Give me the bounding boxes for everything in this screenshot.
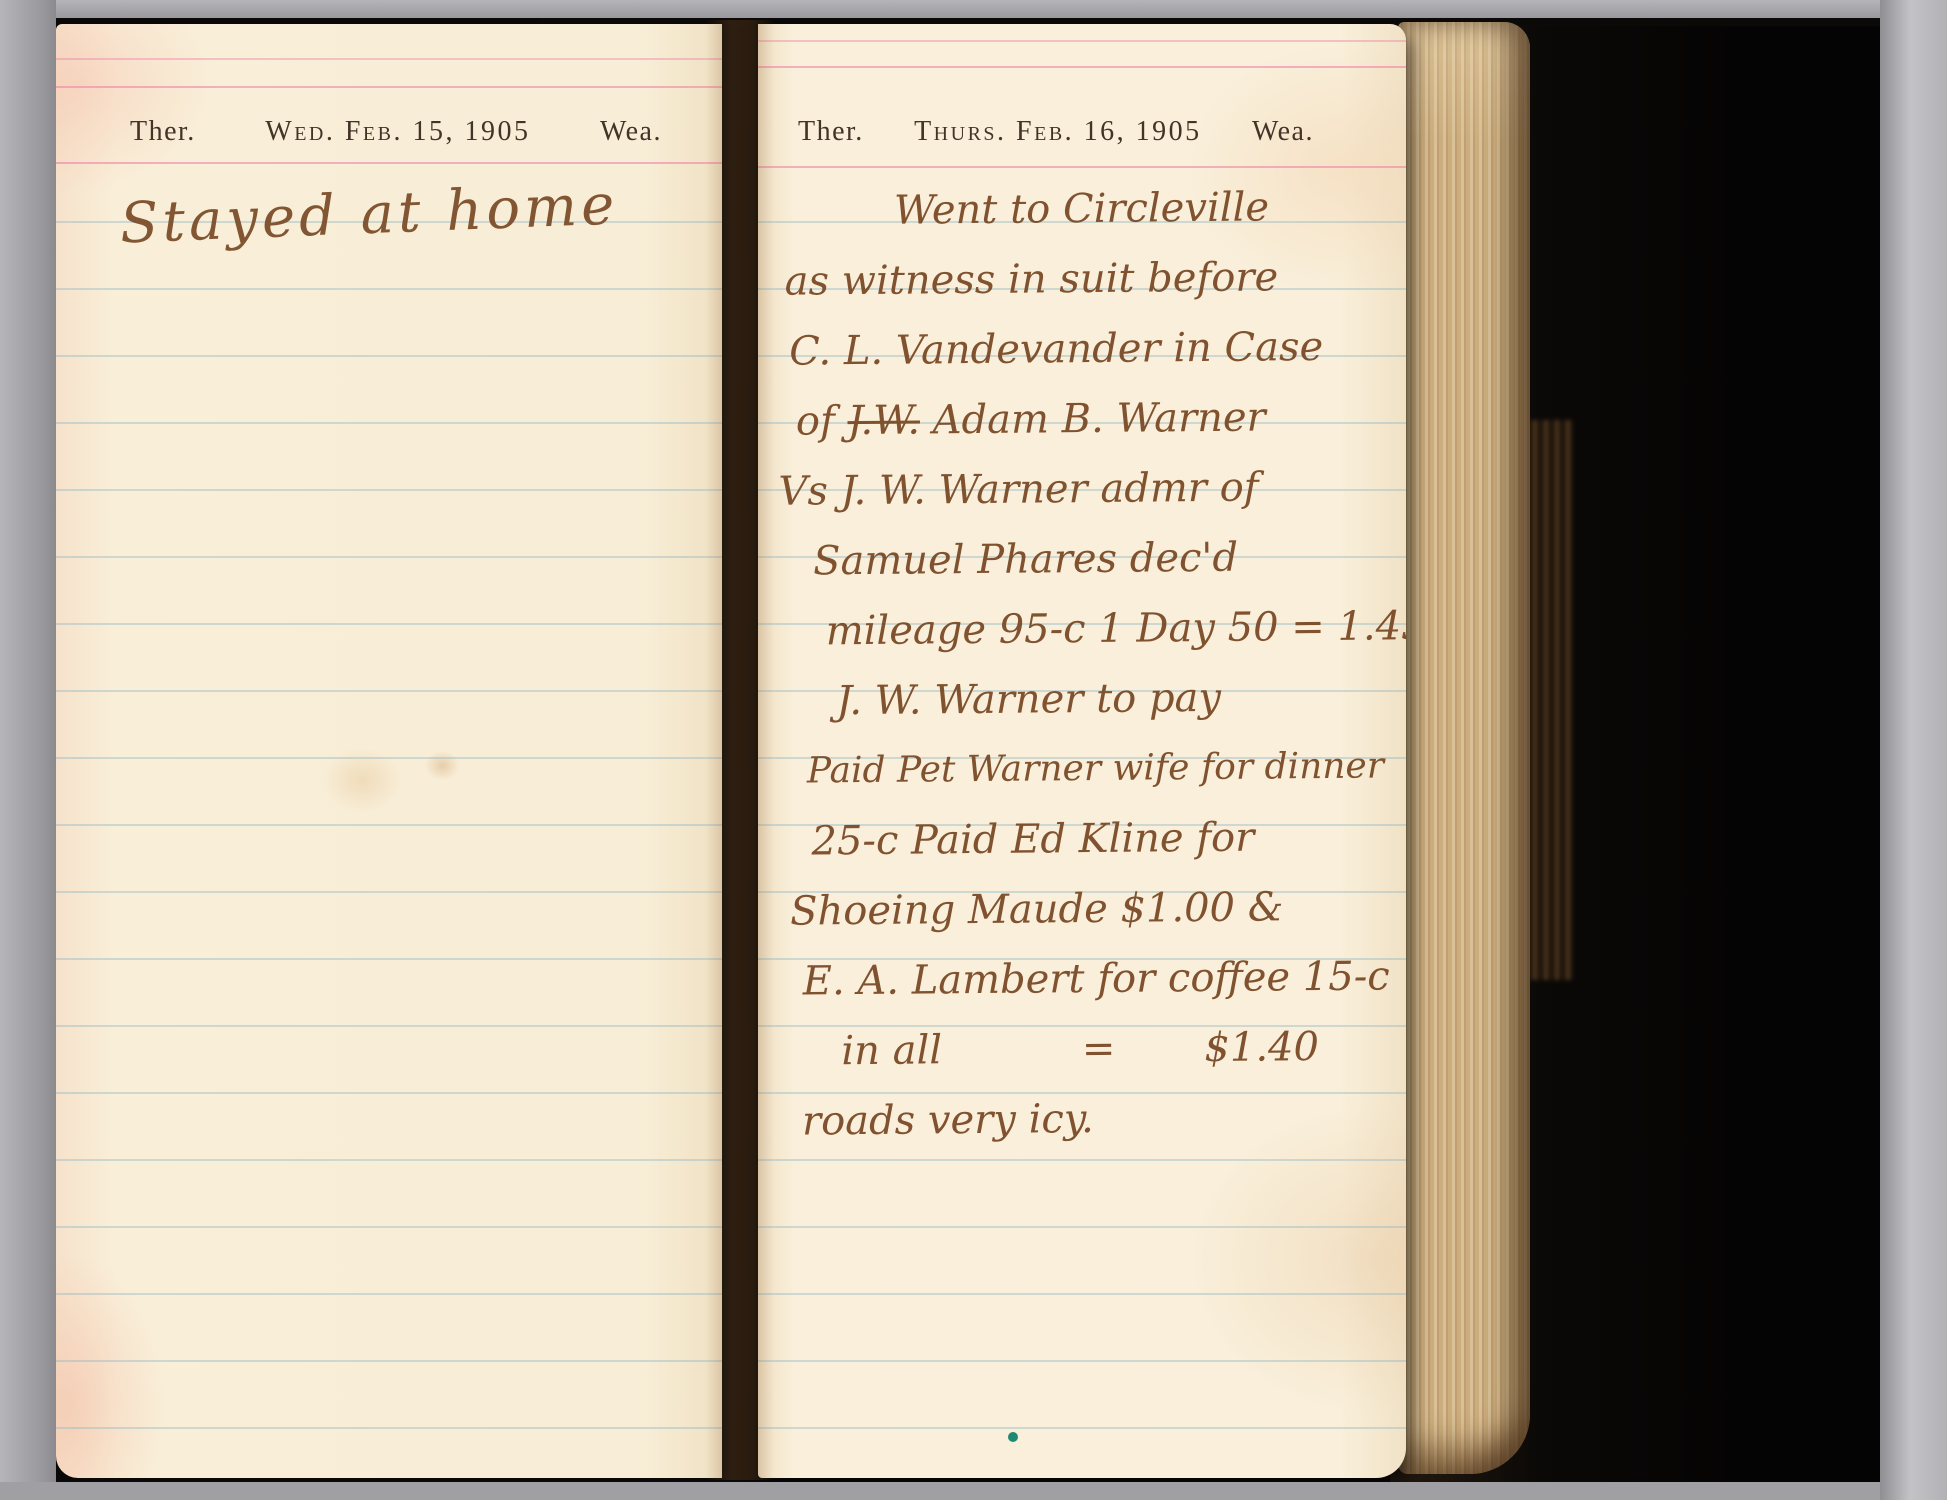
ruled-lines bbox=[56, 156, 722, 1454]
scanner-edge-left bbox=[0, 0, 56, 1500]
handwritten-line: as witness in suit before bbox=[784, 241, 1399, 316]
diary-page-right: Ther. Thurs. Feb. 16, 1905 Wea. Went to … bbox=[758, 24, 1406, 1478]
handwritten-line: Paid Pet Warner wife for dinner bbox=[807, 731, 1404, 806]
printed-page-header: Ther. Thurs. Feb. 16, 1905 Wea. bbox=[758, 116, 1406, 148]
handwritten-line: roads very icy. bbox=[802, 1081, 1406, 1156]
pink-rule bbox=[56, 58, 722, 60]
pink-rule bbox=[758, 40, 1406, 42]
diary-page-left: Ther. Wed. Feb. 15, 1905 Wea. Stayed at … bbox=[56, 24, 722, 1478]
handwritten-line: J. W. Warner to pay bbox=[836, 661, 1403, 736]
pink-rule bbox=[56, 86, 722, 88]
page-fore-edge-stack bbox=[1398, 22, 1530, 1474]
page-date: Wed. Feb. 15, 1905 bbox=[265, 116, 530, 148]
handwritten-text: Adam B. Warner bbox=[920, 394, 1266, 443]
scanner-edge-right bbox=[1880, 0, 1947, 1500]
green-speck bbox=[1008, 1432, 1018, 1442]
wea-label: Wea. bbox=[1252, 116, 1314, 148]
handwritten-line: mileage 95-c 1 Day 50 = 1.45 bbox=[825, 591, 1402, 666]
handwritten-text: of bbox=[796, 398, 848, 444]
handwritten-line: E. A. Lambert for coffee 15-c bbox=[802, 941, 1405, 1016]
book-gutter-shadow bbox=[706, 20, 774, 1480]
ther-label: Ther. bbox=[798, 116, 864, 148]
scanner-edge-bottom bbox=[0, 1482, 1947, 1500]
printed-page-header: Ther. Wed. Feb. 15, 1905 Wea. bbox=[56, 116, 722, 148]
handwritten-line: Vs J. W. Warner admr of bbox=[778, 451, 1401, 526]
diary-entry-right: Went to Circlevilleas witness in suit be… bbox=[776, 171, 1406, 1156]
handwritten-line: Shoeing Maude $1.00 & bbox=[790, 871, 1405, 946]
ther-label: Ther. bbox=[130, 116, 196, 148]
handwritten-line: 25-c Paid Ed Kline for bbox=[811, 801, 1404, 876]
page-date: Thurs. Feb. 16, 1905 bbox=[914, 116, 1202, 148]
handwritten-line: Went to Circleville bbox=[894, 171, 1399, 245]
handwritten-line: in all = $1.40 bbox=[841, 1011, 1406, 1086]
scanner-edge-top bbox=[0, 0, 1947, 18]
handwritten-line: Samuel Phares dec'd bbox=[813, 521, 1402, 596]
wea-label: Wea. bbox=[600, 116, 662, 148]
scanned-diary-photo: Ther. Wed. Feb. 15, 1905 Wea. Stayed at … bbox=[0, 0, 1947, 1500]
pink-rule bbox=[758, 66, 1406, 68]
handwritten-line: of J.W. Adam B. Warner bbox=[796, 381, 1401, 456]
handwritten-line: C. L. Vandevander in Case bbox=[789, 311, 1400, 386]
struck-through-text: J.W. bbox=[847, 397, 920, 444]
